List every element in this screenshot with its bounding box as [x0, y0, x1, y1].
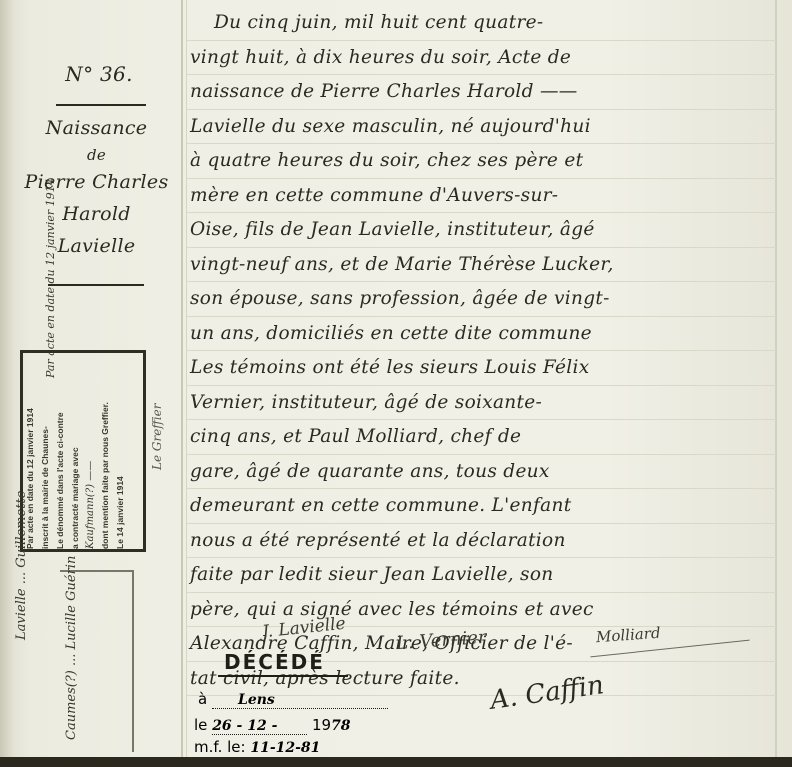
divider-bottom	[48, 284, 144, 286]
margin-title-line: Harold	[14, 198, 179, 230]
body-line: Les témoins ont été les sieurs Louis Fél…	[186, 351, 776, 386]
marriage-mention-stamp: Par acte en date du 12 janvier 1914 insc…	[20, 350, 146, 552]
deceased-title: DÉCÉDÉ	[218, 650, 348, 677]
body-line: naissance de Pierre Charles Harold ——	[186, 75, 776, 110]
divider-top	[56, 104, 146, 106]
body-line: faite par ledit sieur Jean Lavielle, son	[186, 558, 776, 593]
margin-title: Naissance de Pierre Charles Harold Lavie…	[14, 112, 179, 262]
body-line: gare, âgé de quarante ans, tous deux	[186, 455, 776, 490]
scan-bottom-edge	[0, 757, 792, 767]
body-line: Oise, fils de Jean Lavielle, instituteur…	[186, 213, 776, 248]
body-line: Vernier, instituteur, âgé de soixante-	[186, 386, 776, 421]
margin-rule	[181, 0, 183, 767]
marriage-mention-text: Par acte en date du 12 janvier 1914 insc…	[23, 353, 143, 549]
page-binding-edge	[0, 0, 14, 767]
body-line: vingt huit, à dix heures du soir, Acte d…	[186, 41, 776, 76]
stamp-line: Le dénommé dans l'acte ci-contre	[53, 353, 68, 549]
marginal-note-bottom: Caumes(?) ... Lucille Guérin	[64, 556, 79, 740]
record-body: Du cinq juin, mil huit cent quatre- ving…	[186, 6, 776, 696]
death-place-value: Lens	[238, 692, 275, 708]
stamp-line: inscrit à la mairie de Chaunes-	[38, 353, 53, 549]
body-line: demeurant en cette commune. L'enfant	[186, 489, 776, 524]
mention-date-value: 11-12-81	[250, 740, 320, 756]
death-year-suffix: 78	[331, 718, 350, 734]
margin-title-line: Naissance	[14, 112, 179, 144]
death-date-field: 26 - 12 -	[212, 716, 307, 735]
death-date-value: 26 - 12 -	[212, 718, 277, 734]
body-line: à quatre heures du soir, chez ses père e…	[186, 144, 776, 179]
body-line: un ans, domiciliés en cette dite commune	[186, 317, 776, 352]
body-line: cinq ans, et Paul Molliard, chef de	[186, 420, 776, 455]
deceased-stamp: DÉCÉDÉ	[218, 650, 388, 677]
death-date-row: le 26 - 12 - 1978	[194, 716, 351, 735]
margin-title-line: Lavielle	[14, 230, 179, 262]
document-page: N° 36. Naissance de Pierre Charles Harol…	[0, 0, 792, 767]
acte-number: N° 36.	[44, 62, 154, 86]
stamp-line: a contracté mariage avec	[68, 353, 83, 549]
body-line: son épouse, sans profession, âgée de vin…	[186, 282, 776, 317]
greffier-signature: Le Greffier	[150, 404, 164, 471]
mention-date-label: m.f. le:	[194, 738, 246, 756]
body-line: Lavielle du sexe masculin, né aujourd'hu…	[186, 110, 776, 145]
mention-date-row: m.f. le: 11-12-81	[194, 738, 320, 756]
death-place-row: à Lens	[198, 690, 388, 709]
stamp-line-handwritten: Kaufmann(?) ——	[83, 353, 98, 549]
body-line: nous a été représenté et la déclaration	[186, 524, 776, 559]
marginal-note-top: Par acte en date du 12 janvier 1914	[44, 178, 57, 378]
body-line: vingt-neuf ans, et de Marie Thérèse Luck…	[186, 248, 776, 283]
death-year-prefix: 19	[312, 716, 331, 734]
stamp-line: Le 14 janvier 1914	[113, 353, 128, 549]
death-place-label: à	[198, 690, 207, 708]
body-line: Du cinq juin, mil huit cent quatre-	[186, 6, 776, 41]
death-place-field: Lens	[212, 690, 388, 709]
body-line: mère en cette commune d'Auvers-sur-	[186, 179, 776, 214]
marginal-note-left: Lavielle ... Guillemette	[14, 491, 29, 640]
death-date-label: le	[194, 716, 207, 734]
margin-title-line: Pierre Charles	[14, 166, 179, 198]
stamp-line: dont mention faite par nous Greffier.	[98, 353, 113, 549]
margin-title-line: de	[14, 144, 179, 166]
